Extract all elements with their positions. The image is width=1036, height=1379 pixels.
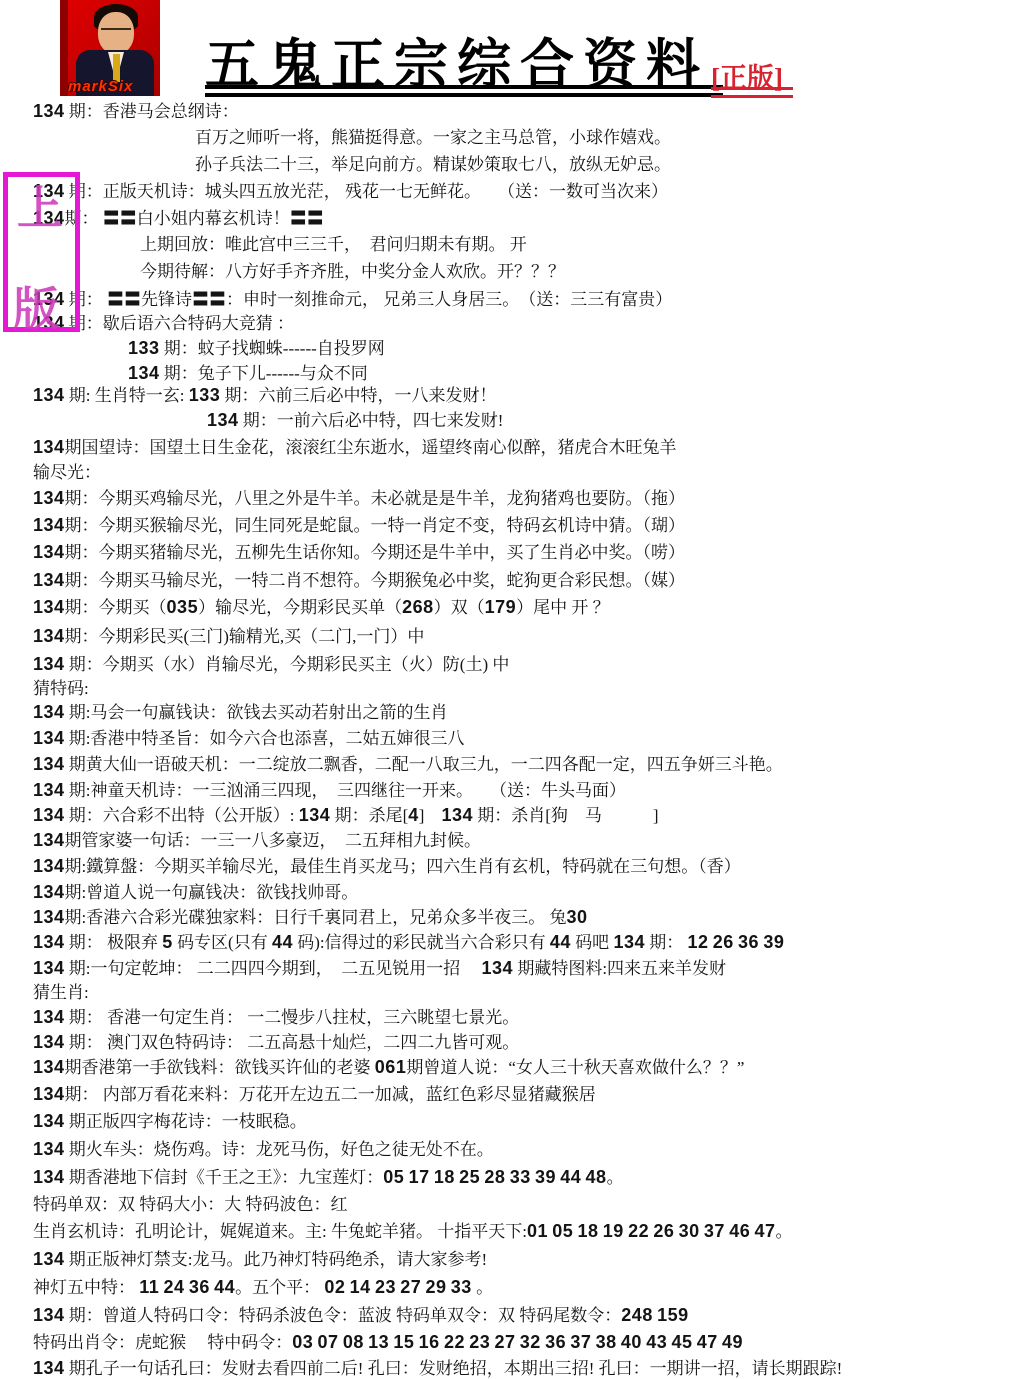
text-line: 134 期：正版天机诗：城头四五放光茫， 残花一七无鲜花。 （送：一数可当次来） [33, 180, 668, 203]
text-line: 134 期：曾道人特码口令：特码杀波色令：蓝波 特码单双令：双 特码尾数令：24… [33, 1304, 689, 1327]
text-line: 134期管家婆一句话：一三一八多豪迈， 二五拜相九封候。 [33, 829, 481, 852]
text-line: 134 期：一前六后必中特，四七来发财! [207, 409, 503, 432]
text-line: 134期：今期买（035）输尽光，今期彩民买单（268）双（179）尾中 开 ？ [33, 596, 610, 619]
text-line: 134期：今期买马输尽光，一特二肖不想符。今期猴兔必中奖，蛇狗更合彩民想。（媒） [33, 569, 685, 592]
text-line: 生肖玄机诗：孔明论计，娓娓道来。主: 牛兔蛇羊猪。 十指平天下:01 05 18… [33, 1220, 793, 1243]
text-line: 133 期：蚊子找蜘蛛------自投罗网 [128, 337, 385, 360]
text-line: 134 期正版神灯禁支:龙马。此乃神灯特码绝杀，请大家参考! [33, 1248, 487, 1271]
text-line: 特码出肖令：虎蛇猴 特中码令：03 07 08 13 15 16 22 23 2… [33, 1331, 743, 1354]
text-line: 134期： 〓〓白小姐内幕玄机诗！〓〓 [33, 207, 324, 230]
text-line: 134 期： 〓〓先锋诗〓〓：申时一刻推命元， 兄弟三人身居三。 （送：三三有富… [33, 288, 672, 311]
text-line: 134 期黄大仙一语破天机：一二绽放二飘香，二配一八取三九，一二四各配一定，四五… [33, 753, 783, 776]
page: { "header": { "photo": { "label": "markS… [0, 0, 1036, 1379]
text-line: 今期待解：八方好手齐齐胜，中奖分金人欢欣。开？？？ [140, 261, 565, 283]
text-line: 134 期：今期买（水）肖输尽光，今期彩民买主（火）防(土) 中 [33, 653, 509, 676]
photo-left-strip [60, 0, 68, 96]
text-line: 134 期:马会一句赢钱诀：欲钱去买动若射出之箭的生肖 [33, 701, 448, 724]
text-line: 134期:曾道人说一句赢钱决：欲钱找帅哥。 [33, 881, 358, 904]
text-line: 134 期： 香港一句定生肖： 一二慢步八拄杖，三六眺望七景光。 [33, 1006, 519, 1029]
text-line: 134 期:香港中特圣旨：如今六合也添喜，二姑五婶很三八 [33, 727, 465, 750]
text-line: 134期： 内部万看花来料：万花开左边五二一加减，蓝红色彩尽显猪藏猴居 [33, 1083, 596, 1106]
text-line: 百万之师听一将，熊猫挺得意。一家之主马总管，小球作嬉戏。 [195, 127, 671, 149]
text-line: 134期：今期买猪输尽光，五柳先生话你知。今期还是牛羊中，买了生肖必中奖。（唠） [33, 541, 685, 564]
title-underline-2 [205, 93, 723, 97]
text-line: 134期：今期买猴输尽光，同生同死是蛇鼠。一特一肖定不变，特码玄机诗中猜。（瑚） [33, 514, 685, 537]
text-line: 134期：今期买鸡输尽光，八里之外是牛羊。未必就是是牛羊，龙狗猪鸡也要防。（拖） [33, 487, 685, 510]
text-line: 猜生肖: [33, 982, 89, 1004]
text-line: 134 期：歇后语六合特码大竞猜 ： [33, 312, 294, 335]
portrait-photo: markSix [60, 0, 160, 96]
text-line: 孙子兵法二十三，举足向前方。精谋妙策取七八，放纵无妒忌。 [195, 154, 671, 176]
marksix-logo: markSix [68, 78, 133, 95]
text-line: 134 期：香港马会总纲诗： [33, 100, 239, 123]
title-underline-1 [205, 85, 723, 89]
text-line: 134 期孔子一句话孔曰：发财去看四前二后! 孔曰：发财绝招，本期出三招! 孔曰… [33, 1357, 842, 1379]
text-line: 134期国望诗：国望土日生金花，滚滚红尘东逝水，遥望终南心似醉，猪虎合木旺兔羊 [33, 436, 677, 459]
text-line: 特码单双：双 特码大小：大 特码波色：红 [33, 1194, 348, 1216]
text-line: 输尽光： [33, 462, 101, 484]
text-line: 134 期火车头：烧伤鸡。诗：龙死马伤，好色之徒无处不在。 [33, 1138, 494, 1161]
edition-underline-2 [711, 95, 793, 98]
text-line: 134 期：兔子下儿------与众不同 [128, 362, 368, 385]
text-line: 134 期:一句定乾坤： 二二四四今期到， 二五见锐用一招 134 期藏特图料:… [33, 957, 726, 980]
text-line: 134 期：六合彩不出特（公开版）: 134 期：杀尾[4] 134 期：杀肖[… [33, 804, 659, 827]
portrait-glasses [101, 28, 131, 34]
text-line: 134期:香港六合彩光碟独家料：日行千裏同君上，兄弟众多半夜三。 兔30 [33, 906, 588, 929]
text-line: 134期:鐵算盤：今期买羊输尽光，最佳生肖买龙马；四六生肖有玄机，特码就在三句想… [33, 855, 741, 878]
text-line: 134 期香港地下信封《千王之王》：九宝莲灯：05 17 18 25 28 33… [33, 1166, 624, 1189]
text-line: 134期香港第一手欲钱料：欲钱买许仙的老婆 061期曾道人说：“女人三十秋天喜欢… [33, 1056, 744, 1079]
text-line: 神灯五中特： 11 24 36 44。五个平： 02 14 23 27 29 3… [33, 1276, 493, 1299]
text-line: 134 期: 生肖特一玄: 133 期：六前三后必中特，一八来发财！ [33, 384, 497, 407]
text-line: 134 期： 澳门双色特码诗： 二五高悬十灿烂，二四二九皆可观。 [33, 1031, 519, 1054]
text-line: 134 期正版四字梅花诗：一枝眠稳。 [33, 1110, 307, 1133]
edition-underline-1 [711, 87, 793, 90]
text-line: 134期：今期彩民买(三门)输精光,买（二门,一门）中 [33, 625, 424, 648]
text-line: 134 期:神童天机诗：一三汹涌三四现， 三四继往一开来。 （送：牛头马面） [33, 779, 626, 802]
text-line: 上期回放：唯此宫中三三千， 君问归期未有期。 开 [140, 234, 527, 256]
text-line: 猜特码: [33, 678, 89, 700]
text-line: 134 期： 极限弃 5 码专区(只有 44 码):信得过的彩民就当六合彩只有 … [33, 931, 784, 954]
